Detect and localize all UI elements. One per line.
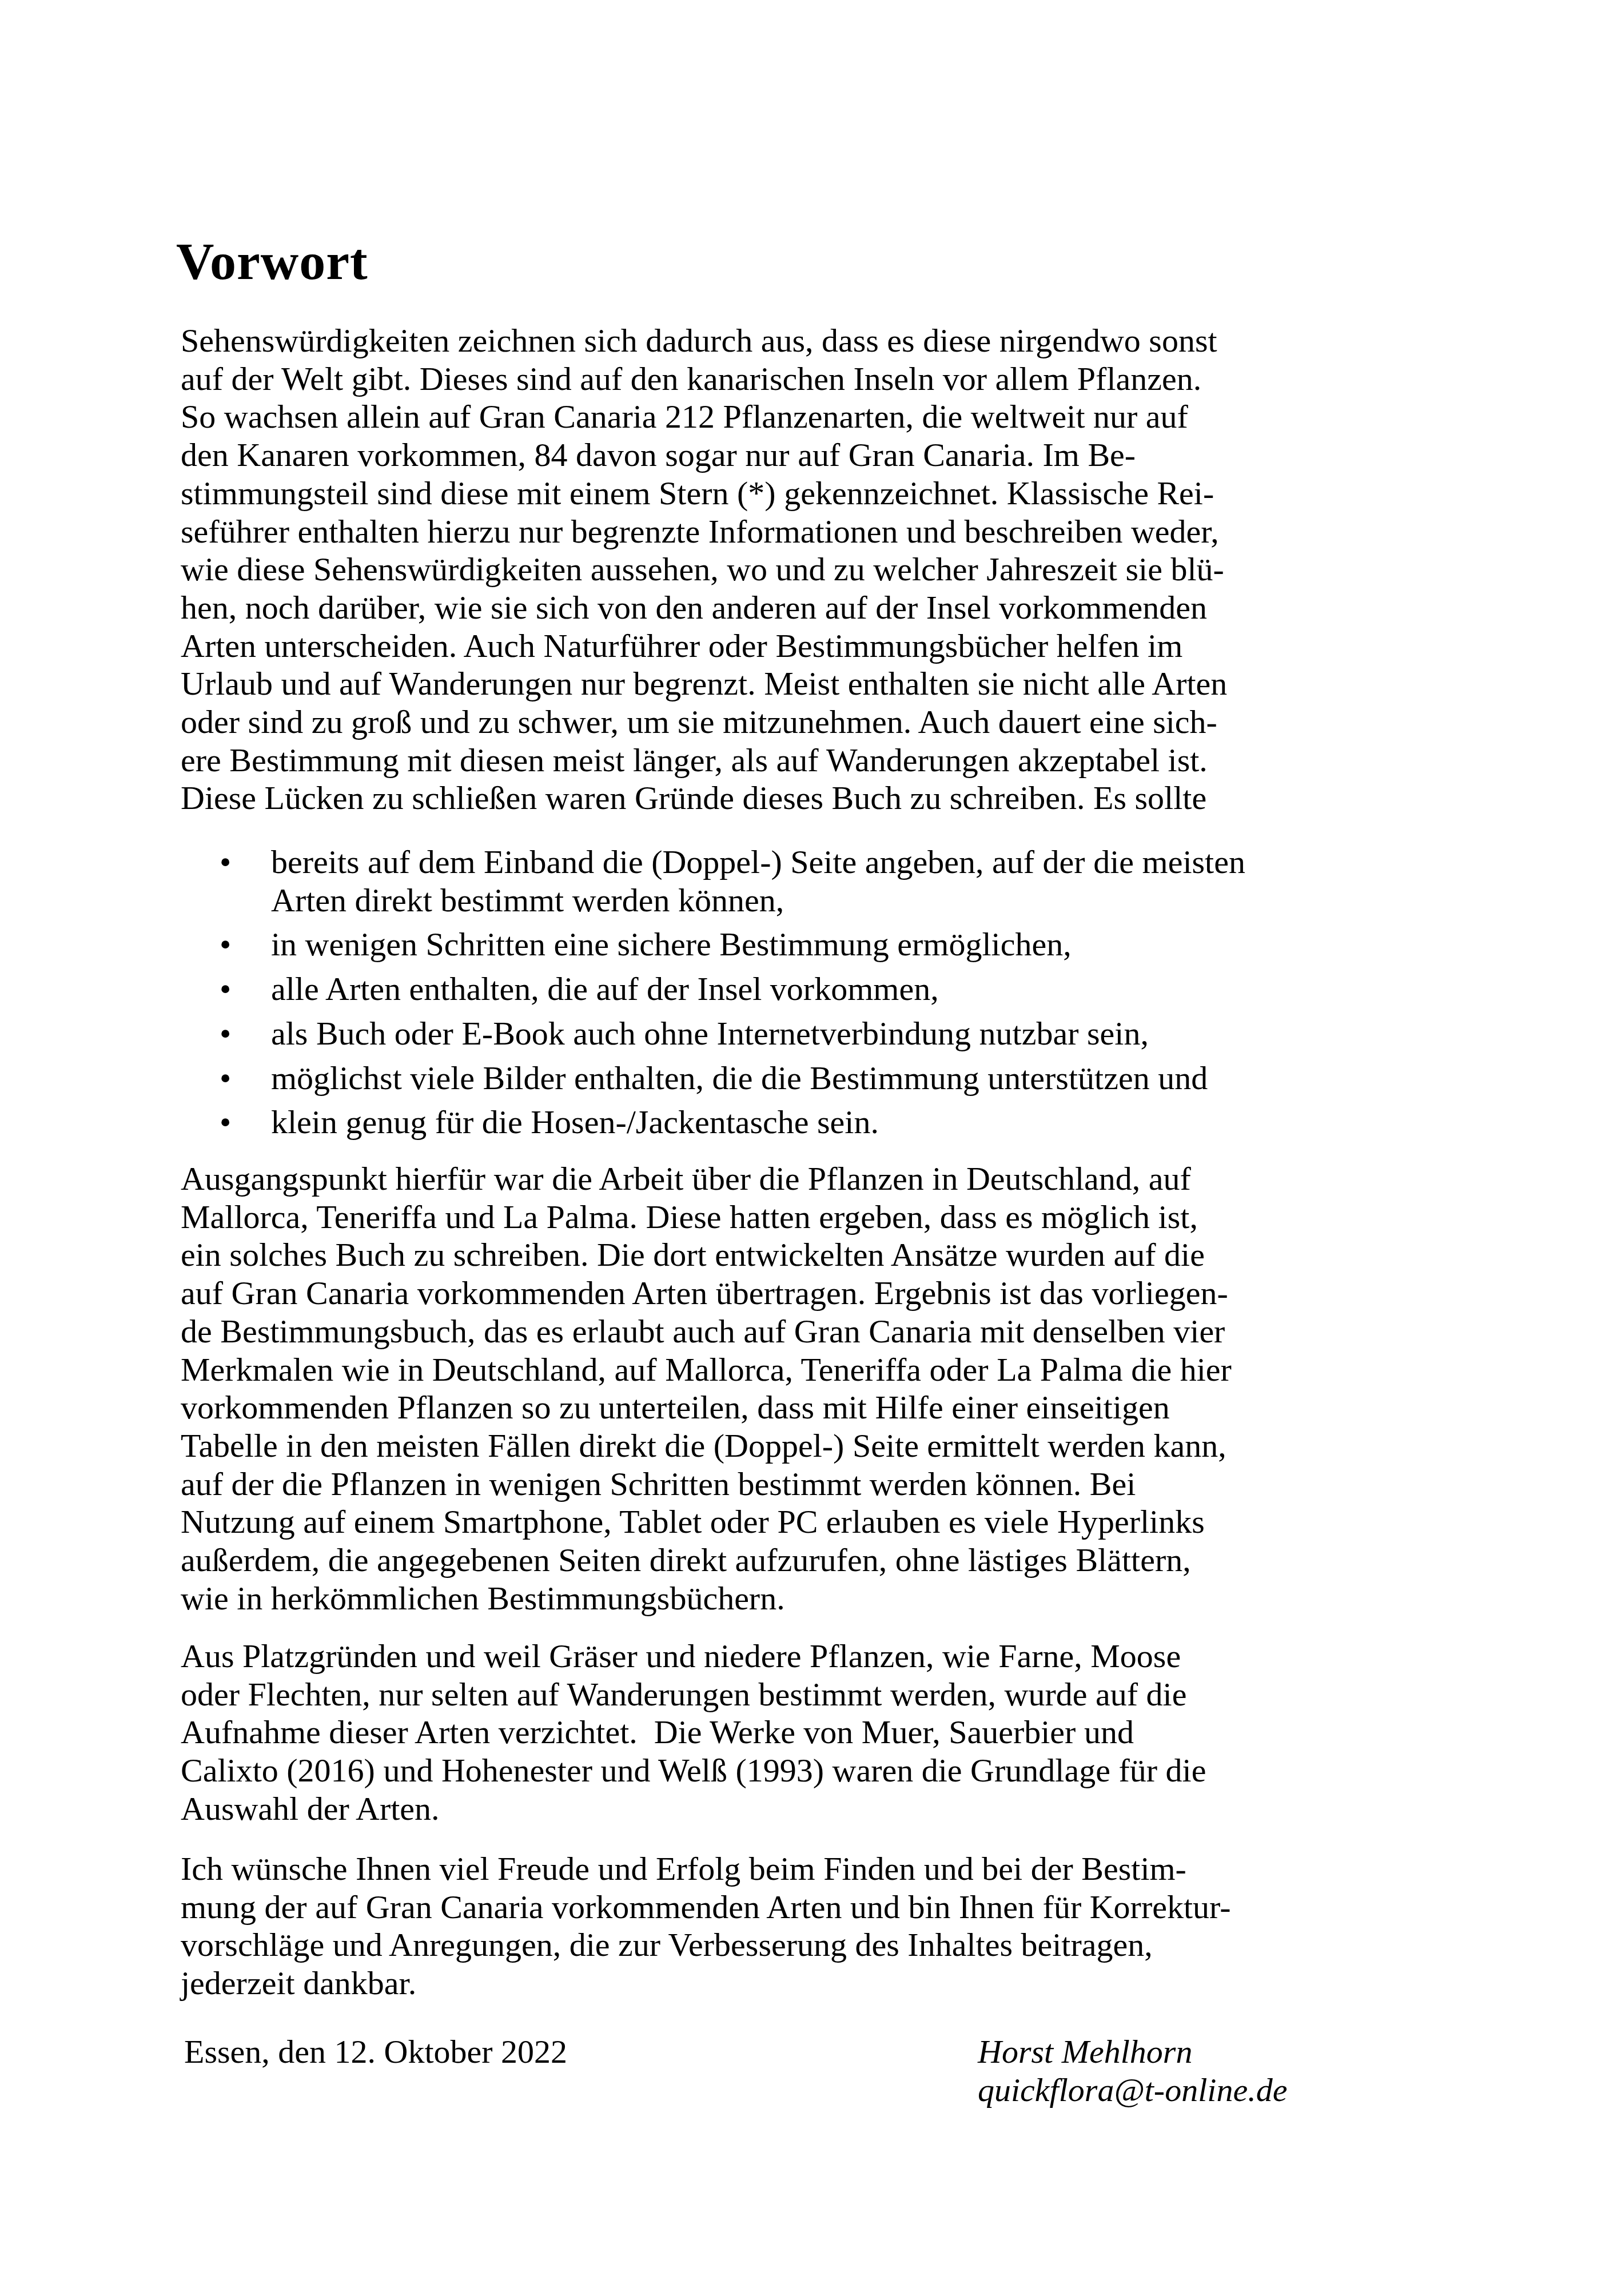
text-line: als Buch oder E-Book auch ohne Internetv… [271, 1015, 1439, 1053]
bullet-icon: • [220, 970, 231, 1009]
text-line: Ich wünsche Ihnen viel Freude und Erfolg… [181, 1850, 1399, 1888]
text-line: wie in herkömmlichen Bestimmungsbüchern. [181, 1580, 1399, 1618]
text-line: vorschläge und Anregungen, die zur Verbe… [181, 1926, 1399, 1964]
bullet-icon: • [220, 1059, 231, 1098]
text-line: seführer enthalten hierzu nur begrenzte … [181, 513, 1399, 551]
text-line: Arten direkt bestimmt werden können, [271, 882, 1439, 920]
text-line: Ausgangspunkt hierfür war die Arbeit übe… [181, 1160, 1399, 1198]
bullet-icon: • [220, 843, 231, 882]
text-line: den Kanaren vorkommen, 84 davon sogar nu… [181, 436, 1399, 475]
text-line: klein genug für die Hosen-/Jackentasche … [271, 1103, 1439, 1142]
intro-paragraph: Sehenswürdigkeiten zeichnen sich dadurch… [181, 322, 1399, 818]
text-line: ein solches Buch zu schreiben. Die dort … [181, 1236, 1399, 1274]
bullet-icon: • [220, 926, 231, 964]
document-page: Vorwort Sehenswürdigkeiten zeichnen sich… [0, 0, 1621, 2296]
text-line: alle Arten enthalten, die auf der Insel … [271, 970, 1439, 1009]
text-line: möglichst viele Bilder enthalten, die di… [271, 1059, 1439, 1098]
text-line: Auswahl der Arten. [181, 1790, 1399, 1828]
bullet-item: • als Buch oder E-Book auch ohne Interne… [181, 1015, 1439, 1053]
text-line: bereits auf dem Einband die (Doppel-) Se… [271, 843, 1439, 882]
text-line: ere Bestimmung mit diesen meist länger, … [181, 742, 1399, 780]
bullet-item: • in wenigen Schritten eine sichere Best… [181, 926, 1439, 964]
paragraph-scope: Aus Platzgründen und weil Gräser und nie… [181, 1637, 1399, 1828]
author-name: Horst Mehlhorn [978, 2033, 1287, 2071]
text-line: hen, noch darüber, wie sie sich von den … [181, 589, 1399, 627]
bullet-item: • klein genug für die Hosen-/Jackentasch… [181, 1103, 1439, 1142]
text-line: auf der die Pflanzen in wenigen Schritte… [181, 1465, 1399, 1504]
text-line: Merkmalen wie in Deutschland, auf Mallor… [181, 1351, 1399, 1389]
text-line: Arten unterscheiden. Auch Naturführer od… [181, 627, 1399, 665]
bullet-item: • möglichst viele Bilder enthalten, die … [181, 1059, 1439, 1098]
text-line: auf Gran Canaria vorkommenden Arten über… [181, 1274, 1399, 1313]
text-line: Mallorca, Teneriffa und La Palma. Diese … [181, 1198, 1399, 1237]
bullet-item: • bereits auf dem Einband die (Doppel-) … [181, 843, 1439, 919]
text-line: Calixto (2016) und Hohenester und Welß (… [181, 1752, 1399, 1790]
goals-bullet-list: • bereits auf dem Einband die (Doppel-) … [181, 843, 1439, 1148]
bullet-icon: • [220, 1015, 231, 1053]
bullet-icon: • [220, 1103, 231, 1142]
text-line: Sehenswürdigkeiten zeichnen sich dadurch… [181, 322, 1399, 360]
text-line: außerdem, die angegebenen Seiten direkt … [181, 1541, 1399, 1580]
text-line: Diese Lücken zu schließen waren Gründe d… [181, 779, 1399, 818]
text-line: Tabelle in den meisten Fällen direkt die… [181, 1427, 1399, 1465]
place-date: Essen, den 12. Oktober 2022 [184, 2033, 567, 2071]
signature-block: Horst Mehlhorn quickflora@t-online.de [978, 2033, 1287, 2109]
text-line: mung der auf Gran Canaria vorkommenden A… [181, 1888, 1399, 1927]
author-email: quickflora@t-online.de [978, 2071, 1287, 2110]
paragraph-origin: Ausgangspunkt hierfür war die Arbeit übe… [181, 1160, 1399, 1617]
text-line: Aufnahme dieser Arten verzichtet. Die We… [181, 1713, 1399, 1752]
text-line: Urlaub und auf Wanderungen nur begrenzt.… [181, 665, 1399, 703]
text-line: stimmungsteil sind diese mit einem Stern… [181, 475, 1399, 513]
text-line: Nutzung auf einem Smartphone, Tablet ode… [181, 1503, 1399, 1541]
text-line: in wenigen Schritten eine sichere Bestim… [271, 926, 1439, 964]
text-line: Aus Platzgründen und weil Gräser und nie… [181, 1637, 1399, 1676]
bullet-item: • alle Arten enthalten, die auf der Inse… [181, 970, 1439, 1009]
text-line: wie diese Sehenswürdigkeiten aussehen, w… [181, 551, 1399, 589]
text-line: oder sind zu groß und zu schwer, um sie … [181, 703, 1399, 742]
text-line: de Bestimmungsbuch, das es erlaubt auch … [181, 1313, 1399, 1351]
text-line: vorkommenden Pflanzen so zu unterteilen,… [181, 1389, 1399, 1427]
text-line: auf der Welt gibt. Dieses sind auf den k… [181, 360, 1399, 398]
page-title: Vorwort [176, 230, 368, 293]
paragraph-closing: Ich wünsche Ihnen viel Freude und Erfolg… [181, 1850, 1399, 2003]
text-line: oder Flechten, nur selten auf Wanderunge… [181, 1676, 1399, 1714]
text-line: So wachsen allein auf Gran Canaria 212 P… [181, 398, 1399, 436]
text-line: jederzeit dankbar. [181, 1964, 1399, 2003]
